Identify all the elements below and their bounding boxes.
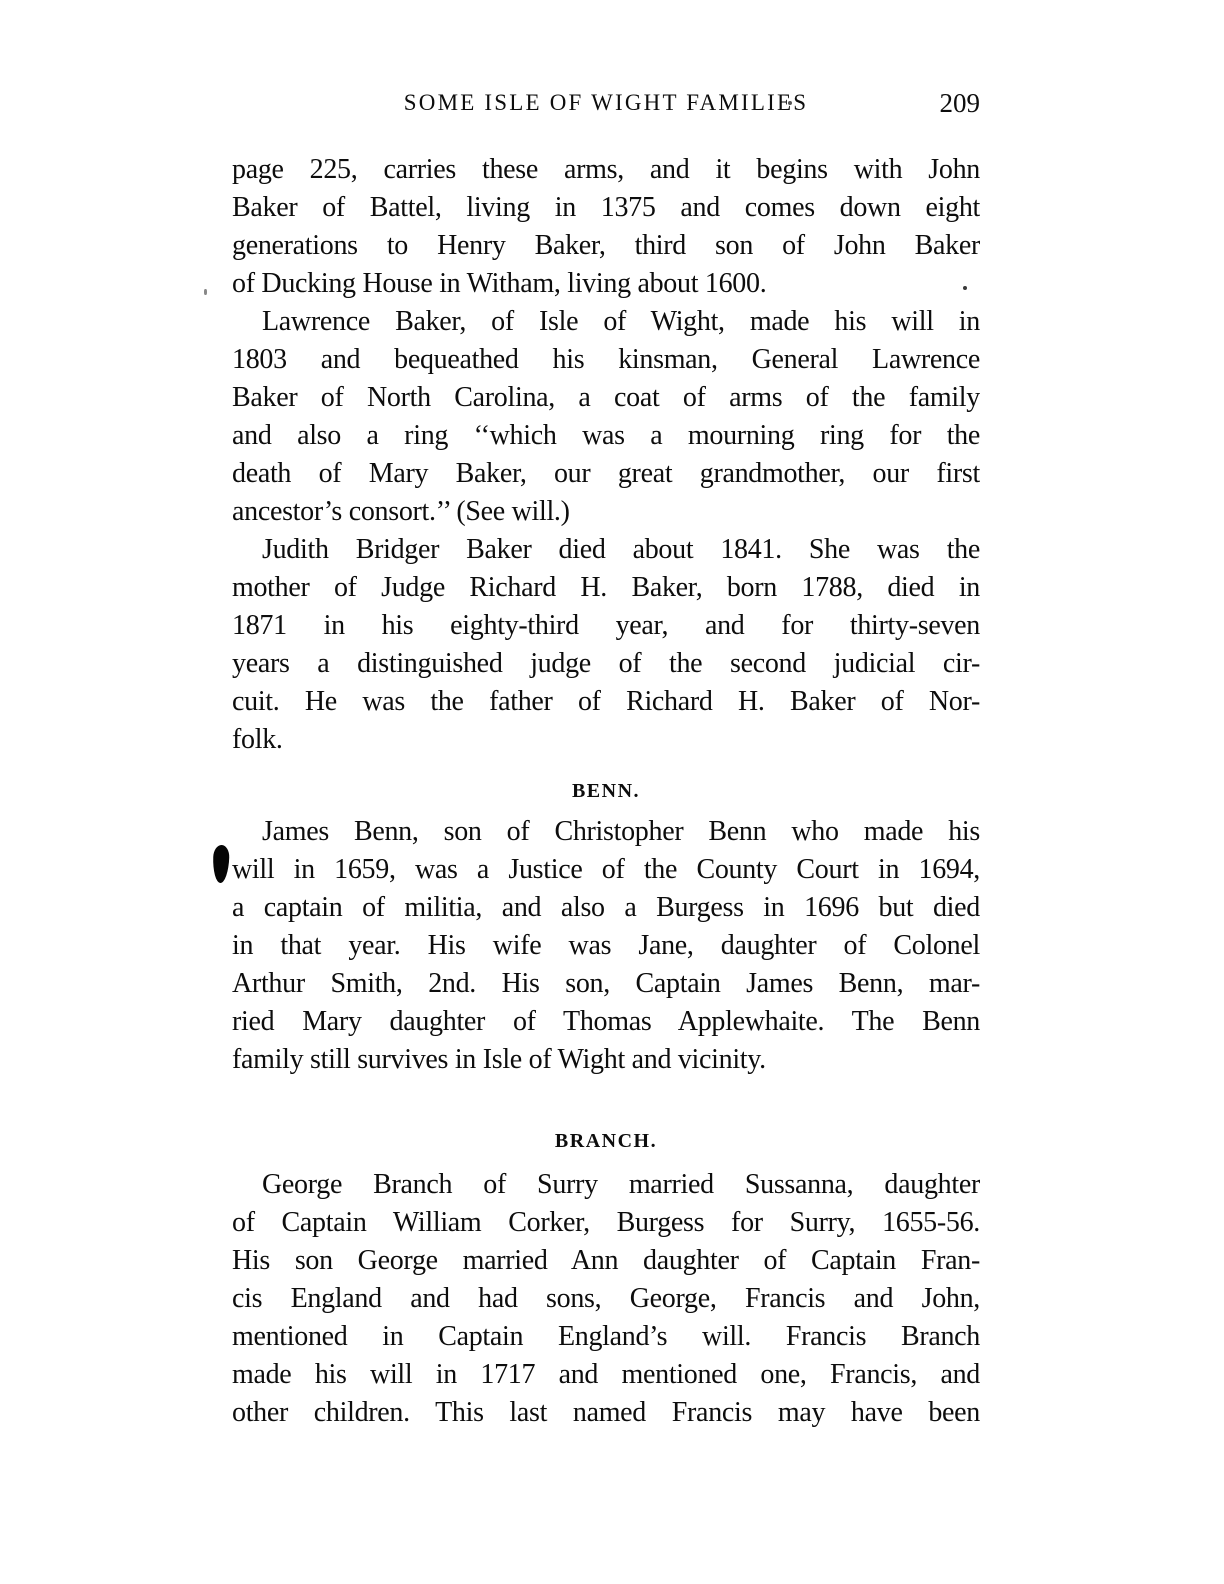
book-page: SOME ISLE OF WIGHT FAMILIES 209 page 225… xyxy=(0,0,1224,1584)
text-line: page 225, carries these arms, and it beg… xyxy=(232,151,980,189)
text-line: 1871 in his eighty-third year, and for t… xyxy=(232,607,980,645)
section-heading-branch: BRANCH. xyxy=(232,1128,980,1154)
text-line: generations to Henry Baker, third son of… xyxy=(232,227,980,265)
scan-speck-artifact xyxy=(963,286,967,290)
text-line: ried Mary daughter of Thomas Applewhaite… xyxy=(232,1003,980,1041)
text-line: death of Mary Baker, our great grandmoth… xyxy=(232,455,980,493)
section-heading-benn: BENN. xyxy=(232,778,980,804)
paragraph-james-benn: James Benn, son of Christopher Benn who … xyxy=(232,813,980,1079)
text-line: will in 1659, was a Justice of the Count… xyxy=(232,851,980,889)
text-line: a captain of militia, and also a Burgess… xyxy=(232,889,980,927)
text-line: cis England and had sons, George, Franci… xyxy=(232,1280,980,1318)
text-line: mother of Judge Richard H. Baker, born 1… xyxy=(232,569,980,607)
text-line: years a distinguished judge of the secon… xyxy=(232,645,980,683)
page-number: 209 xyxy=(940,88,981,118)
running-header: SOME ISLE OF WIGHT FAMILIES 209 xyxy=(232,88,980,122)
text-line: Baker of Battel, living in 1375 and come… xyxy=(232,189,980,227)
text-line: James Benn, son of Christopher Benn who … xyxy=(232,813,980,851)
text-line: family still survives in Isle of Wight a… xyxy=(232,1041,980,1079)
text-line: and also a ring ‘‘which was a mourning r… xyxy=(232,417,980,455)
text-line: ancestor’s consort.’’ (See will.) xyxy=(232,493,980,531)
scan-speck-artifact xyxy=(788,101,792,105)
text-line: folk. xyxy=(232,721,980,759)
text-line: George Branch of Surry married Sussanna,… xyxy=(232,1166,980,1204)
running-header-title: SOME ISLE OF WIGHT FAMILIES xyxy=(232,88,980,118)
scan-speck-artifact xyxy=(204,289,207,295)
text-line: other children. This last named Francis … xyxy=(232,1394,980,1432)
paragraph-george-branch: George Branch of Surry married Sussanna,… xyxy=(232,1166,980,1432)
text-line: Baker of North Carolina, a coat of arms … xyxy=(232,379,980,417)
ink-blot-artifact xyxy=(212,845,229,884)
text-line: 1803 and bequeathed his kinsman, General… xyxy=(232,341,980,379)
text-line: Lawrence Baker, of Isle of Wight, made h… xyxy=(232,303,980,341)
text-line: cuit. He was the father of Richard H. Ba… xyxy=(232,683,980,721)
paragraph-judith-bridger-baker: Judith Bridger Baker died about 1841. Sh… xyxy=(232,531,980,759)
text-line: His son George married Ann daughter of C… xyxy=(232,1242,980,1280)
text-line: of Captain William Corker, Burgess for S… xyxy=(232,1204,980,1242)
text-line: mentioned in Captain England’s will. Fra… xyxy=(232,1318,980,1356)
paragraph-lawrence-baker: Lawrence Baker, of Isle of Wight, made h… xyxy=(232,303,980,531)
paragraph-baker-arms: page 225, carries these arms, and it beg… xyxy=(232,151,980,303)
text-line: Arthur Smith, 2nd. His son, Captain Jame… xyxy=(232,965,980,1003)
text-line: made his will in 1717 and mentioned one,… xyxy=(232,1356,980,1394)
text-line: in that year. His wife was Jane, daughte… xyxy=(232,927,980,965)
text-line: of Ducking House in Witham, living about… xyxy=(232,265,980,303)
text-line: Judith Bridger Baker died about 1841. Sh… xyxy=(232,531,980,569)
